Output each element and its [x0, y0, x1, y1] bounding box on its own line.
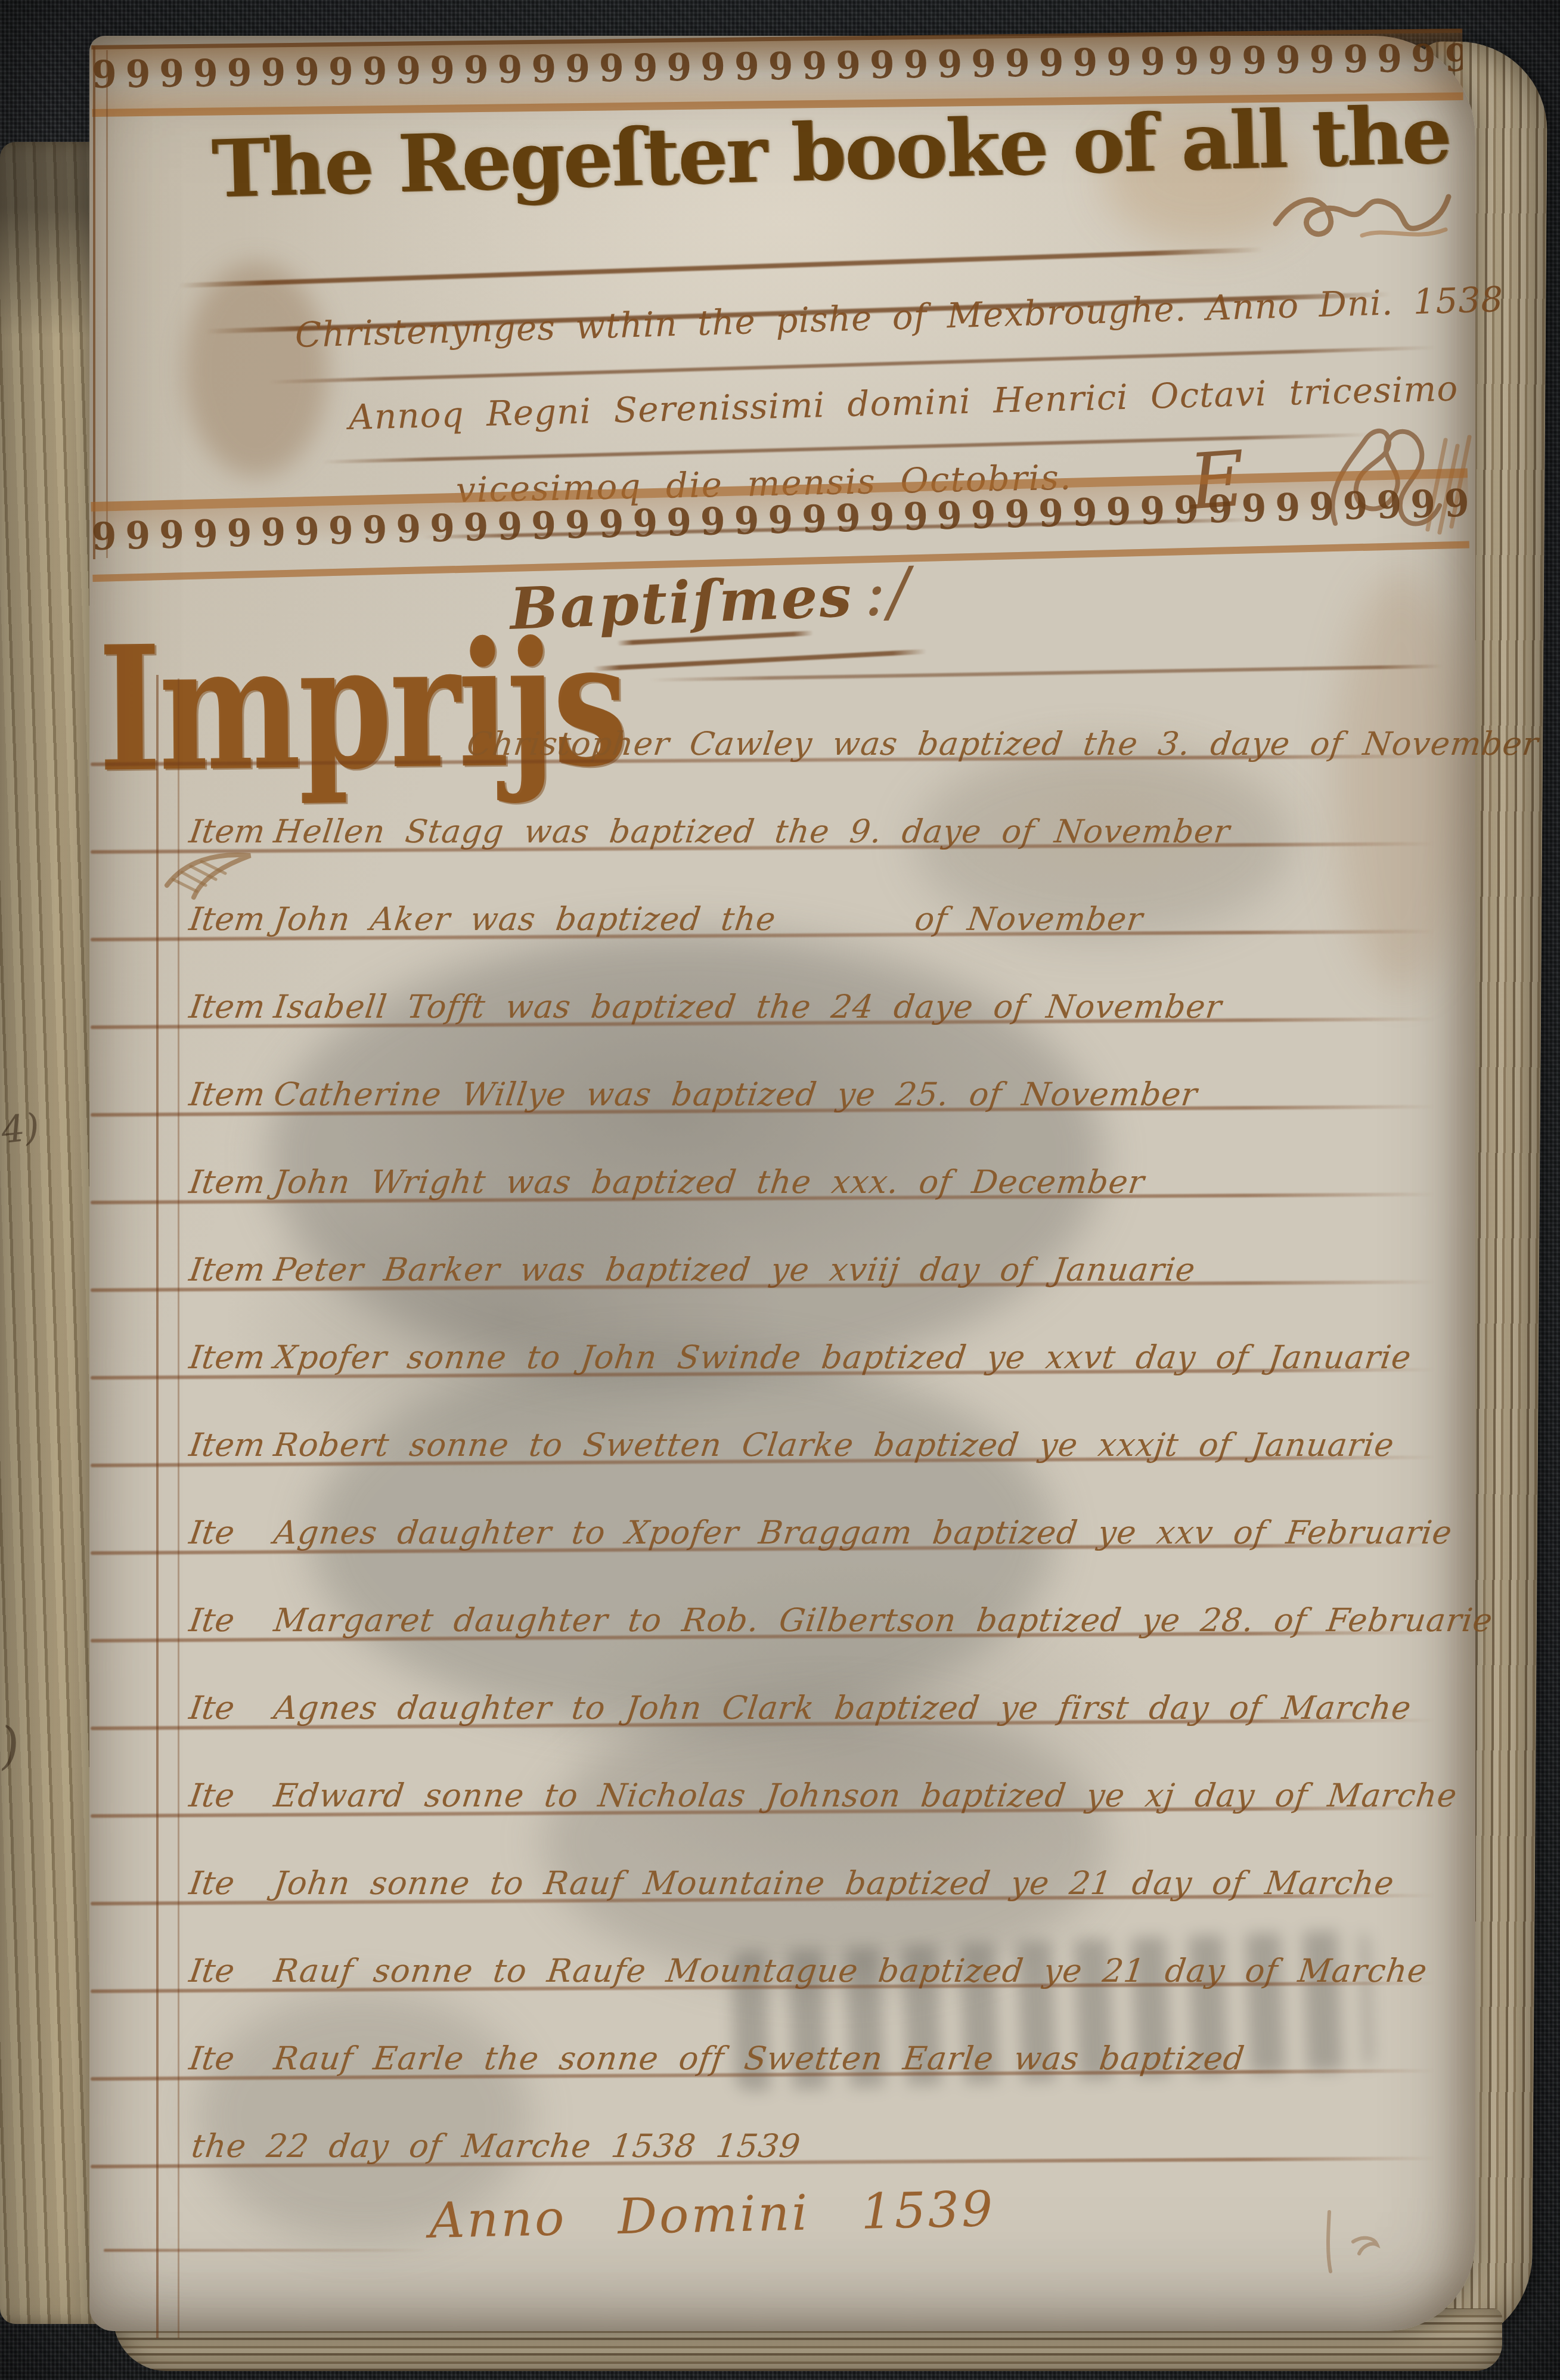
entry-text: Catherine Willye was baptized ye 25. of … — [272, 1076, 1200, 1113]
ink-stain — [185, 262, 328, 477]
register-entry-row: Christopher Cawley was baptized the 3. d… — [155, 683, 1446, 771]
title-block-left-rule — [106, 50, 108, 558]
entry-text: Agnes daughter to Xpofer Braggam baptize… — [272, 1514, 1454, 1551]
register-entry-row: Item Catherine Willye was baptized ye 25… — [155, 1034, 1446, 1121]
register-entry-row: Item Hellen Stagg was baptized the 9. da… — [155, 771, 1446, 859]
baptism-entries: Christopher Cawley was baptized the 3. d… — [155, 683, 1446, 2173]
year-footer: Anno Domini 1539 — [429, 2181, 995, 2249]
entry-text: Edward sonne to Nicholas Johnson baptize… — [272, 1777, 1459, 1814]
showthrough-mark: ) — [0, 1715, 23, 1775]
register-entry-row: Ite Margaret daughter to Rob. Gilbertson… — [155, 1560, 1446, 1647]
entry-item-marker: Item — [187, 900, 275, 938]
register-entry-row: the 22 day of Marche 1538 1539 — [155, 2085, 1446, 2173]
entry-text: Robert sonne to Swetten Clarke baptized … — [272, 1426, 1397, 1464]
entry-text: Agnes daughter to John Clark baptized ye… — [272, 1689, 1413, 1727]
register-entry-row: Item John Wright was baptized the xxx. o… — [155, 1121, 1446, 1209]
heading-flourish: :/ — [863, 553, 913, 631]
entry-item-marker: Item — [187, 813, 275, 850]
subtitle-line-2: Annoq Regni Serenissimi domini Henrici O… — [348, 368, 1459, 438]
entry-text: Hellen Stagg was baptized the 9. daye of… — [272, 813, 1232, 850]
entry-text: John Wright was baptized the xxx. of Dec… — [272, 1163, 1147, 1201]
entry-text: Rauf Earle the sonne off Swetten Earle w… — [272, 2040, 1247, 2077]
entry-item-marker: Ite — [187, 1601, 275, 1639]
register-entry-row: Item Peter Barker was baptized ye xviij … — [155, 1209, 1446, 1297]
entry-item-marker: Ite — [187, 1864, 275, 1902]
title-block-left-rule — [93, 47, 95, 559]
entry-text: Rauf sonne to Raufe Mountague baptized y… — [272, 1952, 1429, 1989]
register-entry-row: Ite Agnes daughter to Xpofer Braggam bap… — [155, 1472, 1446, 1560]
entry-text: the 22 day of Marche 1538 1539 — [190, 2127, 803, 2165]
manuscript-photo: { "photo": { "background_fabric_color": … — [0, 0, 1560, 2380]
register-entry-row: Ite Edward sonne to Nicholas Johnson bap… — [155, 1735, 1446, 1823]
title-baseline-rule — [179, 247, 1263, 288]
border-loop-glyphs: 9999999999999999999999999999999999999999… — [91, 476, 1469, 564]
entry-item-marker: Item — [187, 1251, 275, 1288]
entry-text: Isabell Tofft was baptized the 24 daye o… — [272, 988, 1224, 1025]
entry-item-marker: Item — [187, 1076, 275, 1113]
entry-text: Peter Barker was baptized ye xviij day o… — [272, 1251, 1198, 1288]
entry-item-marker: Ite — [187, 1777, 275, 1814]
entry-item-marker: Item — [187, 1163, 275, 1201]
entry-text: John Aker was baptized the of November — [272, 900, 1145, 938]
pen-trial-mark-icon — [1317, 2206, 1401, 2277]
footer-ruled-line — [104, 2249, 426, 2252]
entry-text: Xpofer sonne to John Swinde baptized ye … — [272, 1338, 1413, 1376]
register-entry-row: Ite Rauf Earle the sonne off Swetten Ear… — [155, 1998, 1446, 2085]
register-entry-row: Item John Aker was baptized the of Novem… — [155, 859, 1446, 946]
register-entry-row: Item Xpofer sonne to John Swinde baptize… — [155, 1297, 1446, 1384]
entry-text: John sonne to Rauf Mountaine baptized ye… — [272, 1864, 1397, 1902]
entry-text: Christopher Cawley was baptized the 3. d… — [465, 725, 1541, 763]
subtitle-line-1: Christenynges wthin the pishe of Mexbrou… — [294, 279, 1504, 355]
border-loop-glyphs: 9999999999999999999999999999999999999999… — [91, 32, 1463, 102]
register-entry-row: Item Robert sonne to Swetten Clarke bapt… — [155, 1384, 1446, 1472]
title-end-flourish-icon — [1273, 170, 1452, 259]
entry-item-marker: Item — [187, 1338, 275, 1376]
heading-underline — [593, 649, 927, 671]
showthrough-mark: 4) — [0, 1105, 41, 1152]
entry-text: Margaret daughter to Rob. Gilbertson bap… — [272, 1601, 1495, 1639]
entry-item-marker: Ite — [187, 1952, 275, 1989]
entry-item-marker: Item — [187, 988, 275, 1025]
entry-item-marker: Ite — [187, 1514, 275, 1551]
ruled-line-fragment — [650, 664, 1443, 681]
register-entry-row: Item Isabell Tofft was baptized the 24 d… — [155, 946, 1446, 1034]
entry-item-marker: Ite — [187, 2040, 275, 2077]
entry-item-marker: Ite — [187, 1689, 275, 1727]
register-entry-row: Ite Agnes daughter to John Clark baptize… — [155, 1647, 1446, 1735]
parchment-page: 9999999999999999999999999999999999999999… — [89, 36, 1475, 2331]
register-entry-row: Ite John sonne to Rauf Mountaine baptize… — [155, 1823, 1446, 1910]
entry-item-marker: Item — [187, 1426, 275, 1464]
register-entry-row: Ite Rauf sonne to Raufe Mountague baptiz… — [155, 1910, 1446, 1998]
